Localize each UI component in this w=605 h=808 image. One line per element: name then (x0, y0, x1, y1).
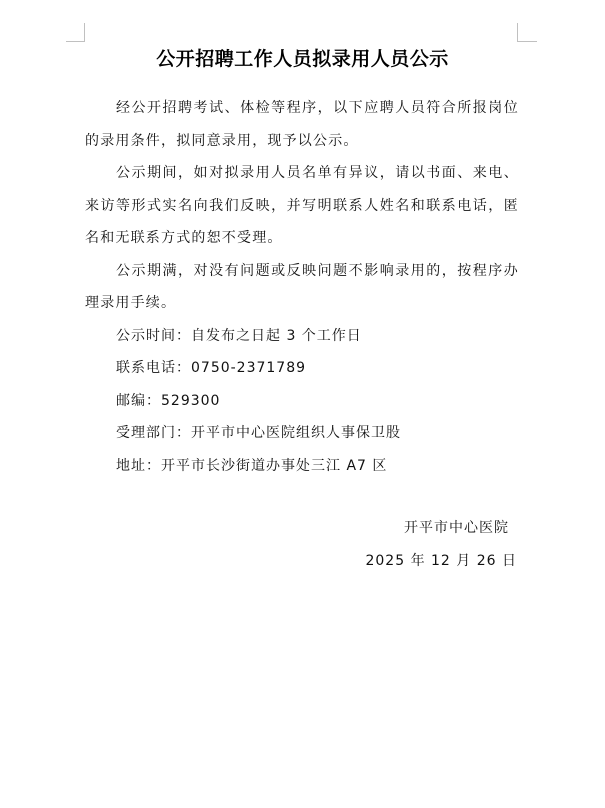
info-publicity-period: 公示时间：自发布之日起 3 个工作日 (85, 320, 519, 353)
info-phone: 联系电话：0750-2371789 (85, 352, 519, 385)
signature-date: 2025 年 12 月 26 日 (365, 550, 517, 570)
document-title: 公开招聘工作人员拟录用人员公示 (0, 44, 605, 71)
info-label: 受理部门： (116, 425, 191, 441)
info-value: 0750-2371789 (191, 360, 306, 376)
document-body: 经公开招聘考试、体检等程序，以下应聘人员符合所报岗位的录用条件，拟同意录用，现予… (85, 92, 519, 482)
info-value: 开平市中心医院组织人事保卫股 (191, 425, 401, 441)
info-value: 自发布之日起 3 个工作日 (191, 328, 362, 344)
paragraph-completion: 公示期满，对没有问题或反映问题不影响录用的，按程序办理录用手续。 (85, 255, 519, 320)
signature-organization: 开平市中心医院 (404, 517, 509, 537)
info-label: 联系电话： (116, 360, 191, 376)
info-value: 开平市长沙街道办事处三江 A7 区 (161, 458, 387, 474)
info-label: 邮编： (116, 393, 161, 409)
info-postcode: 邮编：529300 (85, 385, 519, 418)
info-value: 529300 (161, 393, 220, 409)
paragraph-intro: 经公开招聘考试、体检等程序，以下应聘人员符合所报岗位的录用条件，拟同意录用，现予… (85, 92, 519, 157)
page-corner-mark-top-left (66, 23, 85, 42)
info-address: 地址：开平市长沙街道办事处三江 A7 区 (85, 450, 519, 483)
info-label: 地址： (116, 458, 161, 474)
page-corner-mark-top-right (517, 23, 537, 42)
info-label: 公示时间： (116, 328, 191, 344)
paragraph-objection: 公示期间，如对拟录用人员名单有异议，请以书面、来电、来访等形式实名向我们反映，并… (85, 157, 519, 255)
info-department: 受理部门：开平市中心医院组织人事保卫股 (85, 417, 519, 450)
